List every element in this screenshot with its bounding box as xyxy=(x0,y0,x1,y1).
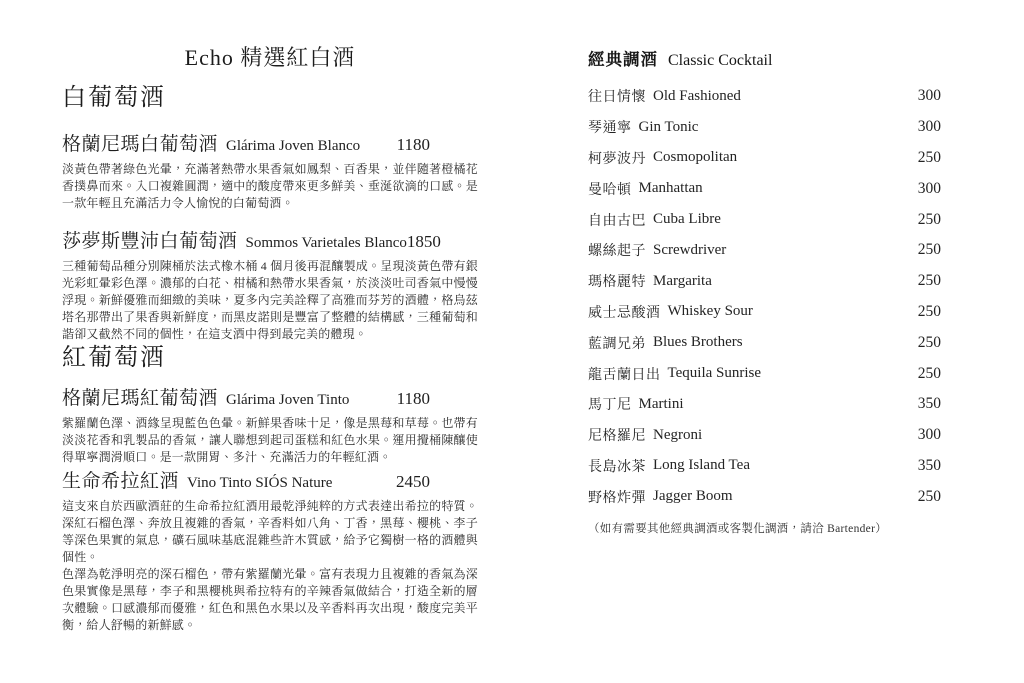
cocktail-name-zh: 柯夢波丹 xyxy=(588,148,646,168)
cocktail-name-en: Cosmopolitan xyxy=(653,149,737,166)
cocktail-price: 250 xyxy=(918,211,941,229)
cocktail-name-en: Margarita xyxy=(653,273,712,290)
cocktail-price: 250 xyxy=(918,334,941,352)
cocktail-price: 300 xyxy=(918,118,941,136)
wine-item: 格蘭尼瑪白葡萄酒 Glárima Joven Blanco 1180 淡黃色帶著… xyxy=(62,133,478,212)
cocktail-name-zh: 瑪格麗特 xyxy=(588,271,646,291)
cocktail-row: 往日情懷 Old Fashioned 300 xyxy=(588,81,941,112)
cocktail-price: 250 xyxy=(918,241,941,259)
cocktail-row: 馬丁尼 Martini 350 xyxy=(588,389,941,420)
cocktail-name-zh: 自由古巴 xyxy=(588,210,646,230)
cocktail-row: 野格炸彈 Jagger Boom 250 xyxy=(588,481,941,512)
wine-price: 1850 xyxy=(407,230,441,254)
cocktail-row: 尼格羅尼 Negroni 300 xyxy=(588,420,941,451)
cocktail-price: 300 xyxy=(918,180,941,198)
cocktail-section-heading: 經典調酒 Classic Cocktail xyxy=(588,48,941,73)
wine-item: 格蘭尼瑪紅葡萄酒 Glárima Joven Tinto 1180 紫羅蘭色澤、… xyxy=(62,387,478,466)
wine-name-zh: 格蘭尼瑪紅葡萄酒 xyxy=(62,387,218,411)
wine-name-en: Sommos Varietales Blanco xyxy=(246,231,407,255)
cocktail-name-en: Whiskey Sour xyxy=(668,303,753,320)
wine-name-en: Glárima Joven Tinto xyxy=(226,388,349,412)
cocktail-list: 往日情懷 Old Fashioned 300 琴通寧 Gin Tonic 300… xyxy=(588,81,941,512)
cocktail-name-zh: 曼哈頓 xyxy=(588,179,632,199)
cocktail-price: 250 xyxy=(918,272,941,290)
cocktail-heading-en: Classic Cocktail xyxy=(668,52,772,69)
cocktail-name-zh: 馬丁尼 xyxy=(588,394,632,414)
cocktail-name-en: Martini xyxy=(639,396,684,413)
cocktail-row: 自由古巴 Cuba Libre 250 xyxy=(588,204,941,235)
cocktail-name-zh: 龍舌蘭日出 xyxy=(588,364,661,384)
cocktail-row: 龍舌蘭日出 Tequila Sunrise 250 xyxy=(588,358,941,389)
cocktail-name-zh: 琴通寧 xyxy=(588,117,632,137)
cocktail-row: 琴通寧 Gin Tonic 300 xyxy=(588,112,941,143)
cocktail-name-en: Jagger Boom xyxy=(653,488,733,505)
cocktail-name-en: Blues Brothers xyxy=(653,334,743,351)
cocktail-price: 250 xyxy=(918,149,941,167)
cocktail-price: 300 xyxy=(918,426,941,444)
cocktail-row: 藍調兄弟 Blues Brothers 250 xyxy=(588,327,941,358)
section-heading-white-wine: 白葡萄酒 xyxy=(62,83,478,113)
cocktail-name-zh: 長島冰茶 xyxy=(588,456,646,476)
cocktail-name-zh: 藍調兄弟 xyxy=(588,333,646,353)
wine-head: 生命希拉紅酒 Vino Tinto SIÓS Nature 2450 xyxy=(62,470,430,495)
cocktail-price: 250 xyxy=(918,488,941,506)
cocktail-name-en: Long Island Tea xyxy=(653,457,750,474)
wine-head: 格蘭尼瑪紅葡萄酒 Glárima Joven Tinto 1180 xyxy=(62,387,430,412)
wine-item: 莎夢斯豐沛白葡萄酒 Sommos Varietales Blanco 1850 … xyxy=(62,230,478,343)
cocktail-name-zh: 威士忌酸酒 xyxy=(588,302,661,322)
cocktail-price: 350 xyxy=(918,457,941,475)
wine-price: 1180 xyxy=(397,387,430,411)
wine-description: 紫羅蘭色澤、酒緣呈現藍色色暈。新鮮果香味十足，像是黑莓和草莓。也帶有淡淡花香和乳… xyxy=(62,415,478,466)
wine-description: 淡黃色帶著綠色光暈，充滿著熱帶水果香氣如鳳梨、百香果，並伴隨著橙橘花香撲鼻而來。… xyxy=(62,161,478,212)
wine-column: Echo 精選紅白酒 白葡萄酒 格蘭尼瑪白葡萄酒 Glárima Joven B… xyxy=(62,0,478,634)
wine-name-zh: 格蘭尼瑪白葡萄酒 xyxy=(62,133,218,157)
menu-page: Echo 精選紅白酒 白葡萄酒 格蘭尼瑪白葡萄酒 Glárima Joven B… xyxy=(0,0,1024,683)
cocktail-price: 250 xyxy=(918,303,941,321)
wine-price: 1180 xyxy=(397,133,430,157)
cocktail-row: 威士忌酸酒 Whiskey Sour 250 xyxy=(588,297,941,328)
wine-price: 2450 xyxy=(396,470,430,494)
wine-item: 生命希拉紅酒 Vino Tinto SIÓS Nature 2450 這支來自於… xyxy=(62,470,478,634)
wine-head: 莎夢斯豐沛白葡萄酒 Sommos Varietales Blanco 1850 xyxy=(62,230,430,255)
cocktail-name-zh: 野格炸彈 xyxy=(588,487,646,507)
cocktail-row: 柯夢波丹 Cosmopolitan 250 xyxy=(588,143,941,174)
bartender-note: （如有需要其他經典調酒或客製化調酒，請洽 Bartender） xyxy=(588,520,941,536)
wine-name-en: Vino Tinto SIÓS Nature xyxy=(187,471,332,495)
cocktail-name-en: Screwdriver xyxy=(653,242,726,259)
wine-description: 這支來自於西歐酒莊的生命希拉紅酒用最乾淨純粹的方式表達出希拉的特質。深紅石榴色澤… xyxy=(62,498,478,566)
cocktail-column: 經典調酒 Classic Cocktail 往日情懷 Old Fashioned… xyxy=(588,0,941,536)
menu-title: Echo 精選紅白酒 xyxy=(62,44,478,73)
cocktail-name-zh: 螺絲起子 xyxy=(588,240,646,260)
cocktail-name-en: Negroni xyxy=(653,427,702,444)
cocktail-name-en: Gin Tonic xyxy=(639,119,699,136)
wine-name-zh: 莎夢斯豐沛白葡萄酒 xyxy=(62,230,238,254)
wine-name-en: Glárima Joven Blanco xyxy=(226,134,360,158)
cocktail-row: 螺絲起子 Screwdriver 250 xyxy=(588,235,941,266)
cocktail-name-zh: 尼格羅尼 xyxy=(588,425,646,445)
cocktail-row: 瑪格麗特 Margarita 250 xyxy=(588,266,941,297)
cocktail-row: 長島冰茶 Long Island Tea 350 xyxy=(588,451,941,482)
cocktail-name-en: Tequila Sunrise xyxy=(668,365,762,382)
cocktail-price: 350 xyxy=(918,395,941,413)
cocktail-heading-zh: 經典調酒 xyxy=(588,50,658,69)
cocktail-price: 300 xyxy=(918,87,941,105)
cocktail-name-en: Cuba Libre xyxy=(653,211,721,228)
section-heading-red-wine: 紅葡萄酒 xyxy=(62,343,478,373)
wine-head: 格蘭尼瑪白葡萄酒 Glárima Joven Blanco 1180 xyxy=(62,133,430,158)
wine-description-continued: 色澤為乾淨明亮的深石榴色，帶有紫羅蘭光暈。富有表現力且複雜的香氣為深色果實像是黑… xyxy=(62,566,478,634)
cocktail-row: 曼哈頓 Manhattan 300 xyxy=(588,173,941,204)
cocktail-price: 250 xyxy=(918,365,941,383)
cocktail-name-en: Manhattan xyxy=(639,180,703,197)
wine-description: 三種葡萄品種分別陳桶於法式橡木桶 4 個月後再混釀製成。呈現淡黃色帶有銀光彩虹暈… xyxy=(62,258,478,343)
wine-name-zh: 生命希拉紅酒 xyxy=(62,470,179,494)
cocktail-name-en: Old Fashioned xyxy=(653,88,741,105)
cocktail-name-zh: 往日情懷 xyxy=(588,86,646,106)
